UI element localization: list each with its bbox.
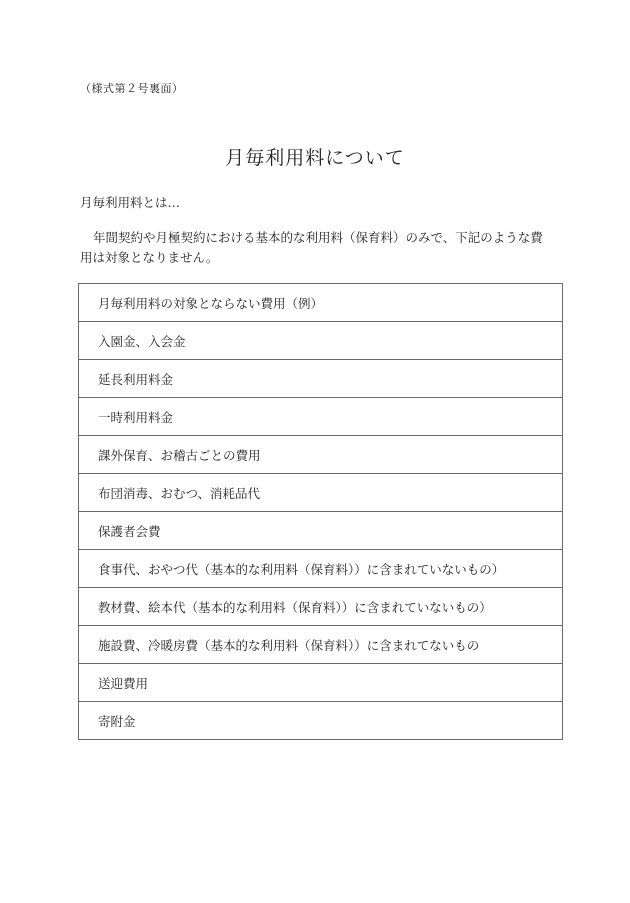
table-row: 課外保育、お稽古ごとの費用	[79, 436, 563, 474]
table-header-cell: 月毎利用料の対象とならない費用（例）	[79, 284, 563, 322]
table-cell: 布団消毒、おむつ、消耗品代	[79, 474, 563, 512]
table-row: 延長利用料金	[79, 360, 563, 398]
intro-paragraph: 年間契約や月極契約における基本的な利用料（保育料）のみで、下記のような費用は対象…	[80, 228, 550, 268]
table-cell: 送迎費用	[79, 664, 563, 702]
section-label: 月毎利用料とは…	[80, 193, 180, 211]
table-cell: 入園金、入会金	[79, 322, 563, 360]
table-row: 教材費、絵本代（基本的な利用料（保育料））に含まれていないもの）	[79, 588, 563, 626]
table-cell: 教材費、絵本代（基本的な利用料（保育料））に含まれていないもの）	[79, 588, 563, 626]
table-row: 入園金、入会金	[79, 322, 563, 360]
table-row: 一時利用料金	[79, 398, 563, 436]
table-header-row: 月毎利用料の対象とならない費用（例）	[79, 284, 563, 322]
form-number: （様式第２号裏面）	[80, 80, 184, 96]
table-cell: 延長利用料金	[79, 360, 563, 398]
table-row: 食事代、おやつ代（基本的な利用料（保育料））に含まれていないもの）	[79, 550, 563, 588]
table-row: 保護者会費	[79, 512, 563, 550]
intro-text: 年間契約や月極契約における基本的な利用料（保育料）のみで、下記のような費用は対象…	[80, 230, 543, 265]
table-cell: 施設費、冷暖房費（基本的な利用料（保育料））に含まれてないもの	[79, 626, 563, 664]
table-cell: 保護者会費	[79, 512, 563, 550]
table-row: 施設費、冷暖房費（基本的な利用料（保育料））に含まれてないもの	[79, 626, 563, 664]
table-row: 布団消毒、おむつ、消耗品代	[79, 474, 563, 512]
page-title: 月毎利用料について	[0, 143, 630, 170]
table-row: 送迎費用	[79, 664, 563, 702]
table-cell: 寄附金	[79, 702, 563, 740]
table-cell: 課外保育、お稽古ごとの費用	[79, 436, 563, 474]
table-cell: 一時利用料金	[79, 398, 563, 436]
table-cell: 食事代、おやつ代（基本的な利用料（保育料））に含まれていないもの）	[79, 550, 563, 588]
excluded-fees-table: 月毎利用料の対象とならない費用（例） 入園金、入会金 延長利用料金 一時利用料金…	[78, 283, 563, 740]
table-row: 寄附金	[79, 702, 563, 740]
